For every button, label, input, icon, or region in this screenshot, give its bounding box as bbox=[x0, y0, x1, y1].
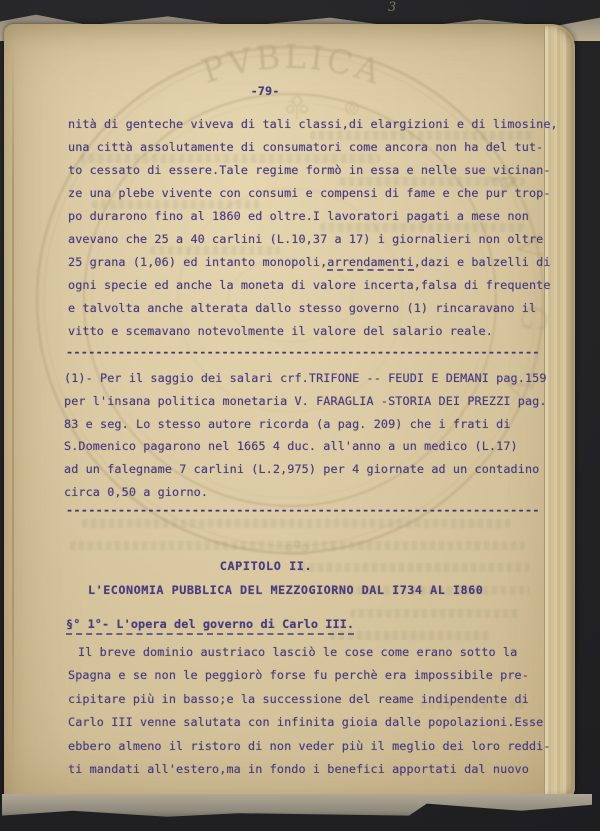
chapter-subtitle: L'ECONOMIA PUBBLICA DEL MEZZOGIORNO DAL … bbox=[88, 583, 483, 597]
body-line-with-underline: 25 grana (1,06) ed intanto monopoli,arre… bbox=[68, 251, 558, 274]
footnote-line: ad un falegname 7 carlini (L.2,975) per … bbox=[64, 458, 547, 481]
paper-crease bbox=[12, 44, 14, 770]
body-line: e talvolta anche alterata dallo stesso g… bbox=[68, 297, 558, 320]
paragraph-2: Il breve dominio austriaco lasciò le cos… bbox=[68, 641, 551, 781]
paragraph-line: Spagna e se non le peggiorò forse fu per… bbox=[68, 664, 551, 687]
handwritten-mark: 3 bbox=[388, 0, 396, 15]
bleed-through bbox=[350, 609, 520, 618]
footnote-line: circa 0,50 a giorno. bbox=[64, 481, 547, 504]
paragraph-line: ti mandati all'estero,ma in fondo i bene… bbox=[68, 758, 551, 781]
page-bottom-torn-edge bbox=[2, 794, 592, 818]
chapter-title: CAPITOLO II. bbox=[68, 559, 464, 573]
footnote: (1)- Per il saggio dei salari crf.TRIFON… bbox=[64, 367, 547, 504]
body-line: po durarono fino al 1860 ed oltre.I lavo… bbox=[68, 205, 558, 228]
body-line: vitto e scemavano notevolmente il valore… bbox=[68, 320, 558, 343]
section-heading: §° 1°- L'opera del governo di Carlo III. bbox=[66, 617, 354, 635]
paragraph-line: cipitare più in basso;e la successione d… bbox=[68, 688, 551, 711]
footnote-line: S.Domenico pagarono nel 1665 4 duc. all'… bbox=[64, 435, 547, 458]
body-line: avevano che 25 a 40 carlini (L.10,37 a 1… bbox=[68, 228, 558, 251]
paragraph-line: ebbero almeno il ristoro di non veder pi… bbox=[68, 735, 551, 758]
page-number: -79- bbox=[200, 84, 330, 98]
footnote-line: (1)- Per il saggio dei salari crf.TRIFON… bbox=[64, 367, 547, 390]
scanned-book-page: 3 PVBLICA AVGV bbox=[0, 0, 600, 831]
bleed-through bbox=[70, 541, 525, 550]
paragraph-line: Il breve dominio austriaco lasciò le cos… bbox=[68, 641, 551, 664]
body-text: 25 grana (1,06) ed intanto monopoli, bbox=[68, 255, 327, 269]
body-line: ze una plebe vivente con consumi e compe… bbox=[68, 182, 558, 205]
body-line: una città assolutamente di consumatori c… bbox=[68, 136, 558, 159]
separator-line-2: ----------------------------------------… bbox=[66, 503, 540, 517]
body-line: ogni specie ed anche la moneta di valore… bbox=[68, 274, 558, 297]
underlined-word: arrendamenti bbox=[327, 255, 413, 271]
body-line: to cessato di essere.Tale regime formò i… bbox=[68, 159, 558, 182]
footnote-line: per l'insana politica monetaria V. FARAG… bbox=[64, 390, 547, 413]
separator-line-1: ----------------------------------------… bbox=[66, 345, 540, 359]
bleed-through bbox=[82, 519, 512, 528]
paragraph-1: nità di genteche viveva di tali classi,d… bbox=[68, 113, 558, 343]
paragraph-line: Carlo III venne salutata con infinita gi… bbox=[68, 711, 551, 734]
footnote-line: 83 e seg. Lo stesso autore ricorda (a pa… bbox=[64, 413, 547, 436]
body-line: nità di genteche viveva di tali classi,d… bbox=[68, 113, 558, 136]
body-text: ,dazi e balzelli di bbox=[414, 255, 551, 269]
